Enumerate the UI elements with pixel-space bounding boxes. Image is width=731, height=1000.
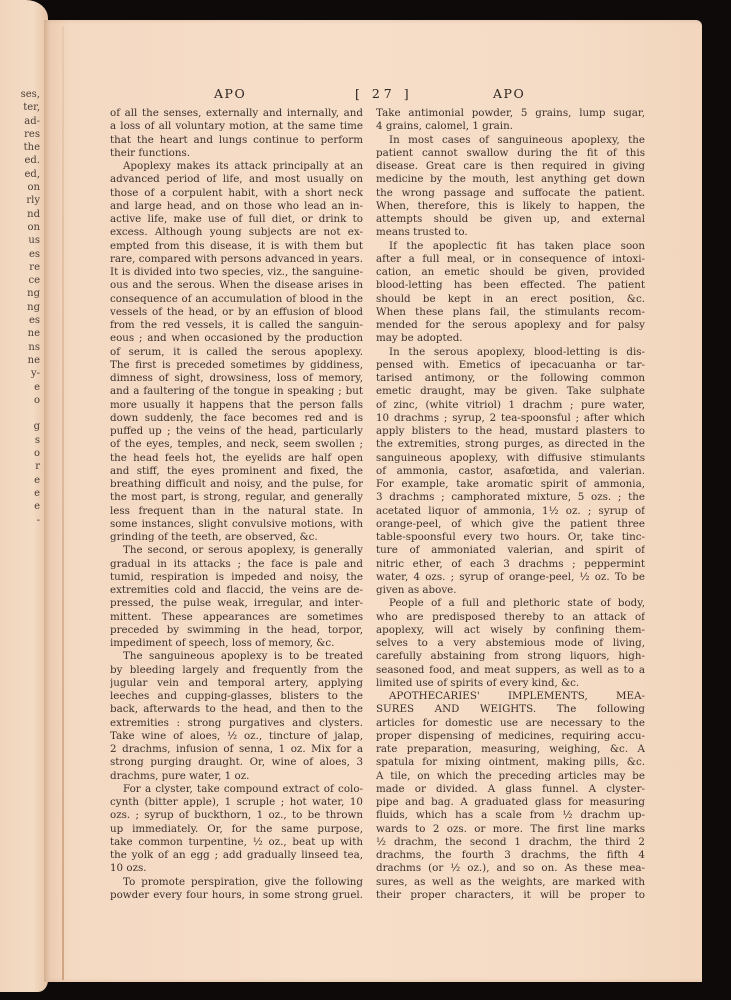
text-line: of serum, it is called the serous apople…: [110, 346, 363, 359]
text-line: A tile, on which the preceding articles …: [376, 770, 645, 783]
text-line: The first is preceded sometimes by giddi…: [110, 359, 363, 372]
text-line: It is divided into two species, viz., th…: [110, 266, 363, 279]
text-line: fluids, which has a scale from ½ drachm …: [376, 809, 645, 822]
text-line: limited use of spirits of every kind, &c…: [376, 677, 645, 690]
previous-page-fragment: ne: [0, 354, 40, 367]
previous-page-text-fragments: ses,ter,ad-restheed.ed,onrlyndonusesrece…: [0, 88, 44, 527]
previous-page-fragment: e: [0, 381, 40, 394]
text-line: take common turpentine, ½ oz., beat up w…: [110, 836, 363, 849]
text-line: active life, make use of full diet, or d…: [110, 213, 363, 226]
previous-page-fragment: y-: [0, 367, 40, 380]
text-line: sanguineous apoplexy, with diffusive sti…: [376, 452, 645, 465]
text-line: rare, compared with persons advanced in …: [110, 253, 363, 266]
previous-page-fragment: re: [0, 261, 40, 274]
text-line: cation, an emetic should be given, provi…: [376, 266, 645, 279]
previous-page-fragment: on: [0, 221, 40, 234]
text-line: of the eyes, temples, and neck, seem swo…: [110, 438, 363, 451]
text-line: of zinc, (white vitriol) 1 drachm ; pure…: [376, 399, 645, 412]
text-line: back, afterwards to the head, and then t…: [110, 703, 363, 716]
previous-page-fragment: rly: [0, 194, 40, 207]
text-line: medicine by the mouth, lest anything get…: [376, 173, 645, 186]
text-line: APOTHECARIES' IMPLEMENTS, MEA-: [376, 690, 645, 703]
text-line: the yolk of an egg ; add gradually linse…: [110, 849, 363, 862]
text-line: breathing difficult and noisy, and the p…: [110, 478, 363, 491]
previous-page-fragment: ng: [0, 301, 40, 314]
text-line: apply blisters to the head, mustard plas…: [376, 425, 645, 438]
text-line: should be kept in an erect position, &c.: [376, 293, 645, 306]
text-line: carefully abstaining from strong liquors…: [376, 650, 645, 663]
text-line: Apoplexy makes its attack principally at…: [110, 160, 363, 173]
header-right-keyword: APO: [493, 86, 525, 101]
text-line: that the heart and lungs continue to per…: [110, 134, 363, 147]
text-line: and stiff, the eyes prominent and fixed,…: [110, 465, 363, 478]
text-line: means trusted to.: [376, 226, 645, 239]
text-line: down suddenly, the face becomes red and …: [110, 412, 363, 425]
text-line: attempts should be given up, and externa…: [376, 213, 645, 226]
text-line: drachms, the fourth 3 drachms, the fifth…: [376, 849, 645, 862]
text-line: mended for the serous apoplexy and for p…: [376, 319, 645, 332]
previous-page-fragment: [0, 407, 40, 420]
text-line: ½ drachm, the second 1 drachm, the third…: [376, 836, 645, 849]
text-line: more usually it happens that the person …: [110, 399, 363, 412]
text-line: pipe and bag. A graduated glass for meas…: [376, 796, 645, 809]
text-line: may be adopted.: [376, 332, 645, 345]
previous-page-fragment: e: [0, 487, 40, 500]
previous-page-fragment: s: [0, 434, 40, 447]
text-line: drachms (or ½ oz.), and so on. As these …: [376, 862, 645, 875]
text-line: and large head, and on those who lead an…: [110, 200, 363, 213]
text-line: after a full meal, or in consequence of …: [376, 253, 645, 266]
text-line: the head feels hot, the eyelids are half…: [110, 452, 363, 465]
text-line: The sanguineous apoplexy is to be treate…: [110, 650, 363, 663]
text-line: their proper characters, it will be prop…: [376, 889, 645, 902]
text-line: nitric ether, of each 3 drachms ; pepper…: [376, 558, 645, 571]
previous-page-fragment: -: [0, 514, 40, 527]
previous-page-fragment: ed,: [0, 168, 40, 181]
text-line: leeches and cupping-glasses, blisters to…: [110, 690, 363, 703]
text-line: SURES AND WEIGHTS. The following: [376, 703, 645, 716]
text-line: ous and the serous. When the disease ari…: [110, 279, 363, 292]
header-left-keyword: APO: [214, 86, 246, 101]
previous-page-fragment: ne: [0, 327, 40, 340]
text-line: 10 ozs.: [110, 862, 363, 875]
text-line: apoplexy, will act wisely by confining t…: [376, 624, 645, 637]
text-line: mittent. These appearances are sometimes: [110, 611, 363, 624]
previous-page-fragment: ce: [0, 274, 40, 287]
previous-page-fragment: es: [0, 314, 40, 327]
text-line: those of a corpulent habit, with a short…: [110, 187, 363, 200]
text-line: If the apoplectic fit has taken place so…: [376, 240, 645, 253]
text-line: the wrong passage and suffocate the pati…: [376, 187, 645, 200]
previous-page-fragment: ns: [0, 341, 40, 354]
text-line: 4 grains, calomel, 1 grain.: [376, 120, 645, 133]
text-line: The second, or serous apoplexy, is gener…: [110, 544, 363, 557]
text-line: vessels of the head, or by an effusion o…: [110, 306, 363, 319]
text-line: In most cases of sanguineous apoplexy, t…: [376, 134, 645, 147]
text-line: blood-letting has been effected. The pat…: [376, 279, 645, 292]
text-line: cynth (bitter apple), 1 scruple ; hot wa…: [110, 796, 363, 809]
text-line: orange-peel, of which give the patient t…: [376, 518, 645, 531]
text-line: eous ; and when occasioned by the produc…: [110, 332, 363, 345]
text-line: When these plans fail, the stimulants re…: [376, 306, 645, 319]
text-line: strong purging draught. Or, wine of aloe…: [110, 756, 363, 769]
text-line: Take antimonial powder, 5 grains, lump s…: [376, 107, 645, 120]
text-line: empted from this disease, it is with the…: [110, 240, 363, 253]
text-line: For example, take aromatic spirit of amm…: [376, 478, 645, 491]
text-line: acetated liquor of ammonia, 1½ oz. ; syr…: [376, 505, 645, 518]
text-line: rate preparation, measuring, weighing, &…: [376, 743, 645, 756]
text-line: ture of ammoniated valerian, and spirit …: [376, 544, 645, 557]
text-line: dimness of sight, drowsiness, loss of me…: [110, 372, 363, 385]
text-line: a loss of all voluntary motion, at the s…: [110, 120, 363, 133]
text-line: ozs. ; syrup of buckthorn, 1 oz., to be …: [110, 809, 363, 822]
text-line: Take wine of aloes, ½ oz., tincture of j…: [110, 730, 363, 743]
previous-page-fragment: nd: [0, 208, 40, 221]
page-gutter-shadow: [62, 26, 64, 980]
text-line: up immediately. Or, for the same purpose…: [110, 823, 363, 836]
text-line: from the red vessels, it is called the s…: [110, 319, 363, 332]
text-line: of ammonia, castor, asafœtida, and valer…: [376, 465, 645, 478]
text-line: proper dispensing of medicines, requirin…: [376, 730, 645, 743]
text-line: People of a full and plethoric state of …: [376, 597, 645, 610]
text-line: water, 4 ozs. ; syrup of orange-peel, ½ …: [376, 571, 645, 584]
previous-page-fragment: res: [0, 128, 40, 141]
text-line: spatula for mixing ointment, making pill…: [376, 756, 645, 769]
previous-page-edge: ses,ter,ad-restheed.ed,onrlyndonusesrece…: [0, 0, 48, 992]
text-line: less frequent than in the natural state.…: [110, 505, 363, 518]
text-line: gradual in its attacks ; the face is pal…: [110, 558, 363, 571]
previous-page-fragment: e: [0, 474, 40, 487]
previous-page-fragment: on: [0, 181, 40, 194]
text-line: their functions.: [110, 147, 363, 160]
previous-page-fragment: r: [0, 460, 40, 473]
previous-page-fragment: us: [0, 234, 40, 247]
text-line: excess. Although young subjects are not …: [110, 226, 363, 239]
text-line: patient cannot swallow during the fit of…: [376, 147, 645, 160]
text-line: impediment of speech, loss of memory, &c…: [110, 637, 363, 650]
text-line: 10 drachms ; syrup, 2 tea-spoonsful ; af…: [376, 412, 645, 425]
text-line: grinding of the teeth, are observed, &c.: [110, 531, 363, 544]
previous-page-fragment: the: [0, 141, 40, 154]
text-line: made or divided. A glass funnel. A clyst…: [376, 783, 645, 796]
text-line: In the serous apoplexy, blood-letting is…: [376, 346, 645, 359]
text-line: 3 drachms ; camphorated mixture, 5 ozs. …: [376, 491, 645, 504]
text-line: disease. Great care is then required in …: [376, 160, 645, 173]
text-line: preceded by swimming in the head, torpor…: [110, 624, 363, 637]
text-line: powder every four hours, in some strong …: [110, 889, 363, 902]
previous-page-fragment: g: [0, 420, 40, 433]
previous-page-fragment: o: [0, 447, 40, 460]
text-line: extremities cold and flaccid, the veins …: [110, 584, 363, 597]
running-header: APO [ 27 ] APO: [0, 86, 731, 106]
previous-page-fragment: es: [0, 248, 40, 261]
previous-page-fragment: o: [0, 394, 40, 407]
previous-page-fragment: ad-: [0, 115, 40, 128]
text-line: who are predisposed thereby to an attack…: [376, 611, 645, 624]
text-line: the extremities, strong purges, as direc…: [376, 438, 645, 451]
text-line: articles for domestic use are necessary …: [376, 717, 645, 730]
text-line: some instances, slight convulsive motion…: [110, 518, 363, 531]
text-line: seasoned food, and meat suppers, as well…: [376, 664, 645, 677]
text-line: pensed with. Emetics of ipecacuanha or t…: [376, 359, 645, 372]
text-line: consequence of an accumulation of blood …: [110, 293, 363, 306]
text-line: selves to a very abstemious mode of livi…: [376, 637, 645, 650]
text-line: 2 drachms, infusion of senna, 1 oz. Mix …: [110, 743, 363, 756]
previous-page-fragment: ng: [0, 287, 40, 300]
text-line: extremities : strong purgatives and clys…: [110, 717, 363, 730]
text-line: and a faultering of the tongue in speaki…: [110, 385, 363, 398]
text-line: emetic draught, may be given. Take sulph…: [376, 385, 645, 398]
text-line: For a clyster, take compound extract of …: [110, 783, 363, 796]
text-line: puffed up ; the veins of the head, parti…: [110, 425, 363, 438]
text-line: given as above.: [376, 584, 645, 597]
text-line: tarised antimony, or the following commo…: [376, 372, 645, 385]
previous-page-fragment: ed.: [0, 154, 40, 167]
text-line: advanced period of life, and most usuall…: [110, 173, 363, 186]
text-line: drachms, pure water, 1 oz.: [110, 770, 363, 783]
text-line: When, therefore, this is likely to happe…: [376, 200, 645, 213]
text-line: the most part, is strong, regular, and g…: [110, 491, 363, 504]
text-line: by bleeding largely and frequently from …: [110, 664, 363, 677]
text-line: sures, as well as the weights, are marke…: [376, 876, 645, 889]
text-line: tumid, respiration is impeded and noisy,…: [110, 571, 363, 584]
right-text-column: Take antimonial powder, 5 grains, lump s…: [376, 107, 645, 902]
text-line: To promote perspiration, give the follow…: [110, 876, 363, 889]
page-number: [ 27 ]: [355, 86, 413, 101]
text-line: wards to 2 ozs. or more. The first line …: [376, 823, 645, 836]
previous-page-fragment: e: [0, 500, 40, 513]
left-text-column: of all the senses, externally and intern…: [110, 107, 363, 902]
text-line: of all the senses, externally and intern…: [110, 107, 363, 120]
text-line: jugular vein and temporal artery, applyi…: [110, 677, 363, 690]
text-line: table-spoonsful every two hours. Or, tak…: [376, 531, 645, 544]
text-line: pressed, the pulse weak, irregular, and …: [110, 597, 363, 610]
